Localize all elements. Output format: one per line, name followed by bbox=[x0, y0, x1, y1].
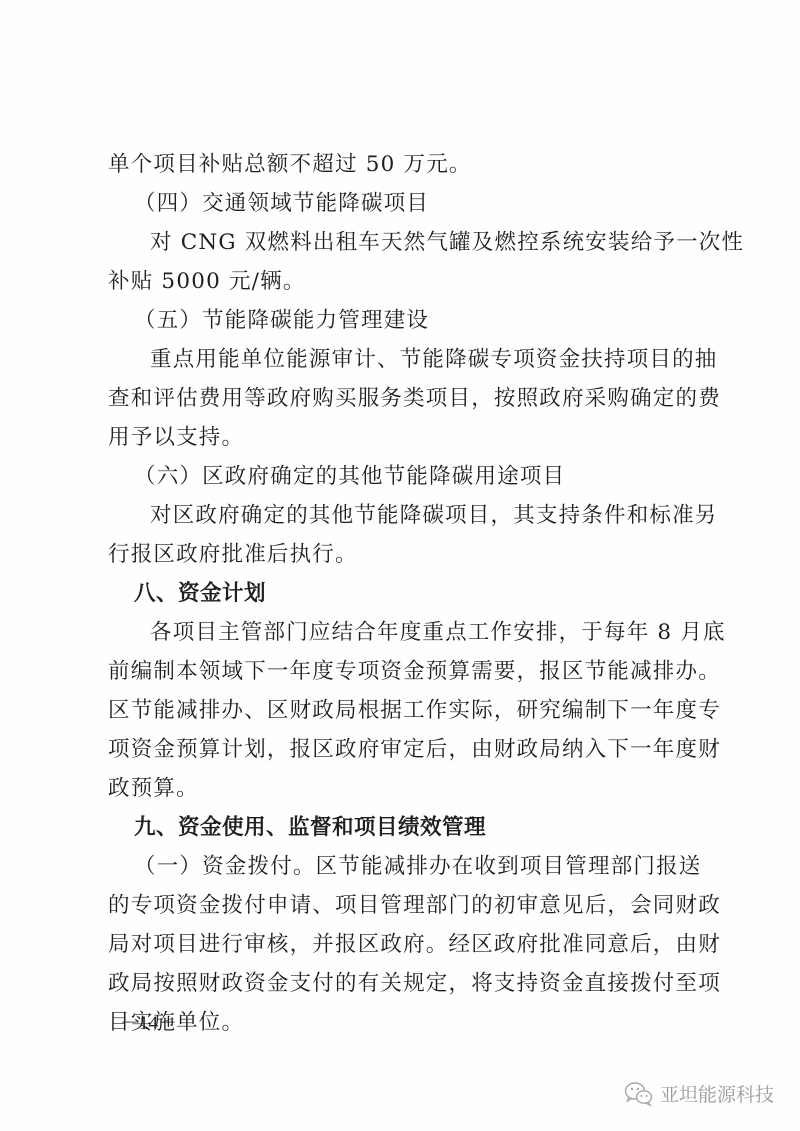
body-line: 对 CNG 双燃料出租车天然气罐及燃控系统安装给予一次性 bbox=[108, 223, 694, 262]
body-line: 各项目主管部门应结合年度重点工作安排，于每年 8 月底 bbox=[108, 613, 694, 652]
body-line: 目实施单位。 bbox=[108, 1003, 694, 1042]
watermark-text: 亚坦能源科技 bbox=[660, 1080, 774, 1107]
subsection-heading-5: （五）节能降碳能力管理建设 bbox=[108, 301, 694, 340]
body-line: （一）资金拨付。区节能减排办在收到项目管理部门报送 bbox=[108, 847, 694, 886]
body-line: 项资金预算计划，报区政府审定后，由财政局纳入下一年度财 bbox=[108, 730, 694, 769]
wechat-icon bbox=[624, 1081, 654, 1107]
section-heading-8: 八、资金计划 bbox=[108, 574, 694, 613]
body-line: 局对项目进行审核，并报区政府。经区政府批准同意后，由财 bbox=[108, 925, 694, 964]
body-line: 政局按照财政资金支付的有关规定，将支持资金直接拨付至项 bbox=[108, 964, 694, 1003]
body-line: 的专项资金拨付申请、项目管理部门的初审意见后，会同财政 bbox=[108, 886, 694, 925]
watermark: 亚坦能源科技 bbox=[624, 1080, 774, 1107]
body-line: 政预算。 bbox=[108, 769, 694, 808]
body-line: 前编制本领域下一年度专项资金预算需要，报区节能减排办。 bbox=[108, 652, 694, 691]
body-line: 行报区政府批准后执行。 bbox=[108, 535, 694, 574]
subsection-heading-4: （四）交通领域节能降碳项目 bbox=[108, 184, 694, 223]
section-heading-9: 九、资金使用、监督和项目绩效管理 bbox=[108, 808, 694, 847]
body-line: 用予以支持。 bbox=[108, 418, 694, 457]
body-line: 对区政府确定的其他节能降碳项目，其支持条件和标准另 bbox=[108, 496, 694, 535]
body-line: 区节能减排办、区财政局根据工作实际，研究编制下一年度专 bbox=[108, 691, 694, 730]
body-line: 单个项目补贴总额不超过 50 万元。 bbox=[108, 145, 694, 184]
body-line: 补贴 5000 元/辆。 bbox=[108, 262, 694, 301]
subsection-heading-6: （六）区政府确定的其他节能降碳用途项目 bbox=[108, 457, 694, 496]
page-number: －14－ bbox=[120, 1008, 177, 1035]
document-body: 单个项目补贴总额不超过 50 万元。 （四）交通领域节能降碳项目 对 CNG 双… bbox=[108, 145, 694, 1042]
body-line: 重点用能单位能源审计、节能降碳专项资金扶持项目的抽 bbox=[108, 340, 694, 379]
body-line: 查和评估费用等政府购买服务类项目，按照政府采购确定的费 bbox=[108, 379, 694, 418]
document-page: 单个项目补贴总额不超过 50 万元。 （四）交通领域节能降碳项目 对 CNG 双… bbox=[0, 0, 800, 1131]
